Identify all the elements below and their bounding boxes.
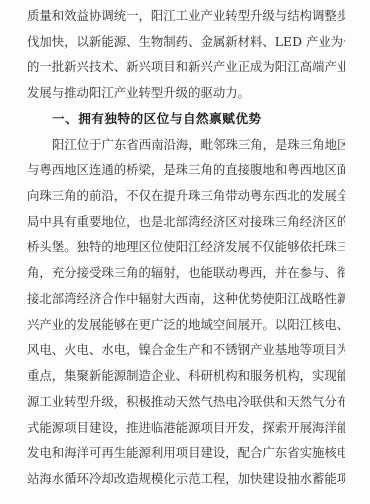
text-line: 桥头堡。独特的地理区位使阳江经济发展不仅能够依托珠三 bbox=[27, 234, 345, 260]
text-line: 发展与推动阳江产业转型升级的驱动力。 bbox=[27, 80, 345, 106]
text-line: 局中具有重要地位，也是北部湾经济区对接珠三角经济区的 bbox=[27, 209, 345, 235]
text-line: 的一批新兴技术、新兴项目和新兴产业正成为阳江高端产业 bbox=[27, 54, 345, 80]
text-line: 向珠三角的前沿，不仅在提升珠三角带动粤东西北的发展全 bbox=[27, 183, 345, 209]
text-line: 风电、火电、水电，镍合金生产和不锈钢产业基地等项目为 bbox=[27, 337, 345, 363]
text-line: 源工业转型升级，积极推动天然气热电冷联供和天然气分布 bbox=[27, 389, 345, 415]
section-heading: 一、拥有独特的区位与自然禀赋优势 bbox=[27, 106, 345, 132]
text-line: 兴产业的发展能够在更广泛的地域空间展开。以阳江核电、 bbox=[27, 312, 345, 338]
text-line: 伐加快，以新能源、生物制药、金属新材料、LED 产业为代表 bbox=[27, 29, 345, 55]
text-line: 角，充分接受珠三角的辐射，也能联动粤西，并在参与、衔 bbox=[27, 260, 345, 286]
document-page: 质量和效益协调统一，阳江工业产业转型升级与结构调整步 伐加快，以新能源、生物制药… bbox=[0, 0, 370, 504]
text-line: 式能源项目建设，推进临港能源项目开发，探索开展海洋能 bbox=[27, 415, 345, 441]
text-line: 与粤西地区连通的桥梁，是珠三角的直接腹地和粤西地区面 bbox=[27, 157, 345, 183]
text-line: 质量和效益协调统一，阳江工业产业转型升级与结构调整步 bbox=[27, 3, 345, 29]
text-block: 质量和效益协调统一，阳江工业产业转型升级与结构调整步 伐加快，以新能源、生物制药… bbox=[27, 3, 345, 492]
text-line: 重点，集聚新能源制造企业、科研机构和服务机构，实现能 bbox=[27, 363, 345, 389]
text-line: 发电和海洋可再生能源利用项目建设，配合广东省实施核电 bbox=[27, 440, 345, 466]
text-line: 阳江位于广东省西南沿海，毗邻珠三角，是珠三角地区 bbox=[27, 132, 345, 158]
text-line: 站海水循环冷却改造规模化示范工程，加快建设抽水蓄能项 bbox=[27, 466, 345, 492]
text-line: 接北部湾经济合作中辐射大西南，这种优势使阳江战略性新 bbox=[27, 286, 345, 312]
